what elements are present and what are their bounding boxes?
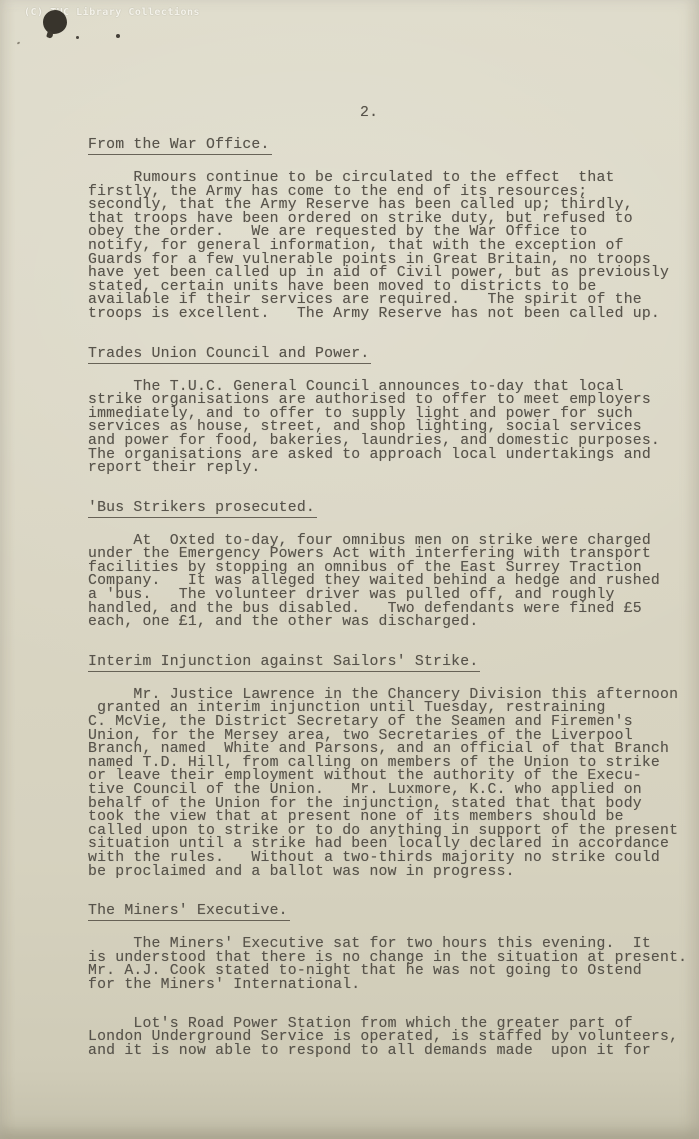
ink-speck xyxy=(116,34,120,38)
section-tuc-power: Trades Union Council and Power. The T.U.… xyxy=(88,347,684,476)
closing-paragraph: Lot's Road Power Station from which the … xyxy=(88,1018,684,1059)
section-paragraph: The Miners' Executive sat for two hours … xyxy=(88,938,684,992)
document-page: (C) TUC Library Collections 2. From the … xyxy=(0,0,699,1139)
page-number: 2. xyxy=(360,105,378,121)
ink-blot xyxy=(43,10,67,34)
section-heading: The Miners' Executive. xyxy=(88,904,290,921)
section-paragraph: Rumours continue to be circulated to the… xyxy=(88,172,684,322)
ink-speck xyxy=(76,36,79,39)
section-paragraph: Mr. Justice Lawrence in the Chancery Div… xyxy=(88,689,684,879)
section-heading: Trades Union Council and Power. xyxy=(88,347,371,364)
section-bus-strikers: 'Bus Strikers prosecuted. At Oxted to-da… xyxy=(88,501,684,630)
section-heading: Interim Injunction against Sailors' Stri… xyxy=(88,655,480,672)
section-injunction: Interim Injunction against Sailors' Stri… xyxy=(88,655,684,879)
section-paragraph: At Oxted to-day, four omnibus men on str… xyxy=(88,535,684,630)
section-heading: From the War Office. xyxy=(88,138,272,155)
section-paragraph: The T.U.C. General Council announces to-… xyxy=(88,381,684,476)
ink-speck xyxy=(17,41,21,44)
section-war-office: From the War Office. Rumours continue to… xyxy=(88,138,684,322)
section-heading: 'Bus Strikers prosecuted. xyxy=(88,501,317,518)
document-content: From the War Office. Rumours continue to… xyxy=(88,138,684,1083)
section-miners-executive: The Miners' Executive. The Miners' Execu… xyxy=(88,904,684,992)
